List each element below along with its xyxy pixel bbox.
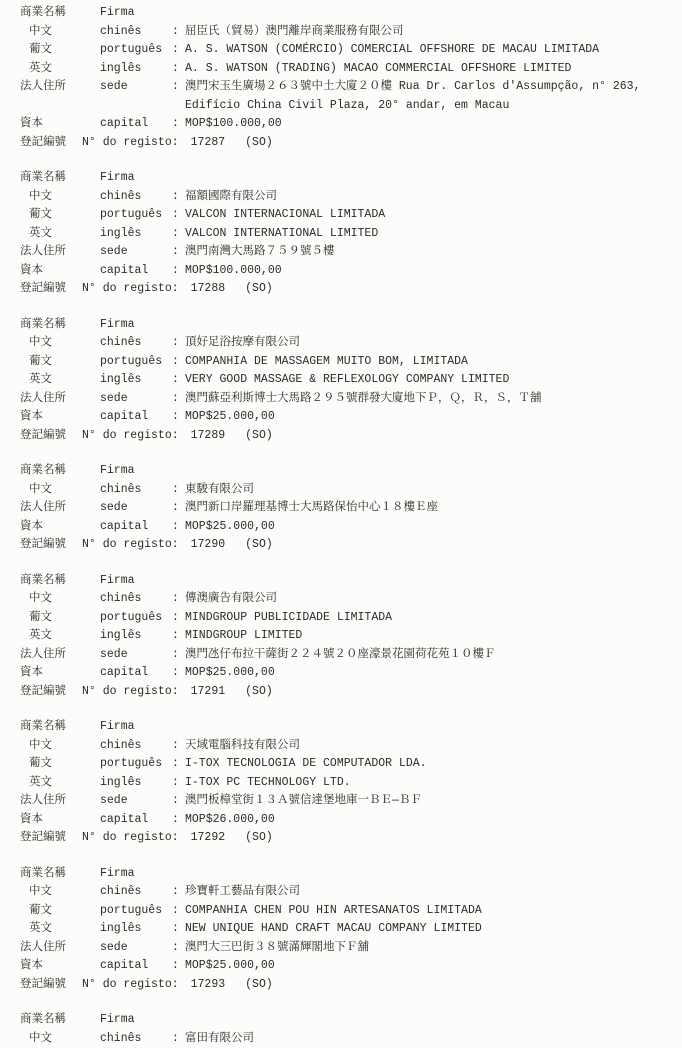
label-sede-pt: sede xyxy=(100,792,172,811)
colon: : xyxy=(172,883,185,902)
label-registo-zh: 登記編號 xyxy=(20,280,66,299)
company-portuguese-name: COMPANHIA DE MASSAGEM MUITO BOM, LIMITAD… xyxy=(185,353,676,372)
colon: : xyxy=(172,664,185,683)
label-sede-zh: 法人住所 xyxy=(20,939,100,958)
colon: : xyxy=(172,262,185,281)
registration-suffix: (SO) xyxy=(245,134,273,153)
label-sede-zh: 法人住所 xyxy=(20,390,100,409)
portuguese-name-row: 葡文 português : MINDGROUP PUBLICIDADE LIM… xyxy=(20,609,676,628)
chinese-name-row: 中文 chinês : 富田有限公司 xyxy=(20,1030,676,1048)
label-english-pt: inglês xyxy=(100,920,172,939)
address-row: 法人住所 sede : 澳門南灣大馬路７５９號５樓 xyxy=(20,243,676,262)
english-name-row: 英文 inglês : I-TOX PC TECHNOLOGY LTD. xyxy=(20,774,676,793)
label-capital-pt: capital xyxy=(100,811,172,830)
capital-value: MOP$100.000,00 xyxy=(185,262,676,281)
registration-number: 17291 xyxy=(191,683,226,702)
capital-value: MOP$25.000,00 xyxy=(185,518,676,537)
label-firma-pt: Firma xyxy=(100,718,172,737)
chinese-name-row: 中文 chinês : 傳澳廣告有限公司 xyxy=(20,590,676,609)
label-registo-zh: 登記編號 xyxy=(20,427,66,446)
company-english-name: I-TOX PC TECHNOLOGY LTD. xyxy=(185,774,676,793)
company-english-name: VALCON INTERNATIONAL LIMITED xyxy=(185,225,676,244)
company-address: 澳門宋玉生廣場２６３號中土大廈２０樓 Rua Dr. Carlos d'Assu… xyxy=(185,78,676,97)
label-capital-pt: capital xyxy=(100,262,172,281)
label-chinese-zh: 中文 xyxy=(20,737,100,756)
label-registo-zh: 登記編號 xyxy=(20,976,66,995)
label-firma-pt: Firma xyxy=(100,316,172,335)
capital-row: 資本 capital : MOP$25.000,00 xyxy=(20,957,676,976)
label-firma-pt: Firma xyxy=(100,572,172,591)
label-registo-pt: N° do registo: xyxy=(82,976,179,995)
label-sede-pt: sede xyxy=(100,243,172,262)
registration-suffix: (SO) xyxy=(245,536,273,555)
company-chinese-name: 頂好足浴按摩有限公司 xyxy=(185,334,676,353)
label-capital-zh: 資本 xyxy=(20,408,100,427)
label-firma-pt: Firma xyxy=(100,1011,172,1030)
label-portuguese-pt: português xyxy=(100,353,172,372)
label-chinese-pt: chinês xyxy=(100,883,172,902)
label-portuguese-zh: 葡文 xyxy=(20,206,100,225)
colon: : xyxy=(172,353,185,372)
company-portuguese-name: I-TOX TECNOLOGIA DE COMPUTADOR LDA. xyxy=(185,755,676,774)
label-english-pt: inglês xyxy=(100,60,172,79)
label-portuguese-pt: português xyxy=(100,206,172,225)
capital-value: MOP$25.000,00 xyxy=(185,664,676,683)
colon: : xyxy=(172,206,185,225)
label-portuguese-pt: português xyxy=(100,609,172,628)
colon: : xyxy=(172,957,185,976)
address-row: 法人住所 sede : 澳門大三巴街３８號滿輝閣地下Ｆ舖 xyxy=(20,939,676,958)
company-record: 商業名稱 Firma 中文 chinês : 珍寶軒工藝品有限公司 葡文 por… xyxy=(20,865,676,995)
label-firma-zh: 商業名稱 xyxy=(20,462,100,481)
label-sede-zh: 法人住所 xyxy=(20,78,100,97)
colon: : xyxy=(172,243,185,262)
label-capital-zh: 資本 xyxy=(20,811,100,830)
portuguese-name-row: 葡文 português : A. S. WATSON (COMÉRCIO) C… xyxy=(20,41,676,60)
label-firma-zh: 商業名稱 xyxy=(20,4,100,23)
label-registo-zh: 登記編號 xyxy=(20,683,66,702)
label-chinese-zh: 中文 xyxy=(20,1030,100,1048)
label-firma-zh: 商業名稱 xyxy=(20,1011,100,1030)
colon: : xyxy=(172,590,185,609)
registration-number: 17292 xyxy=(191,829,226,848)
label-portuguese-zh: 葡文 xyxy=(20,609,100,628)
label-capital-pt: capital xyxy=(100,957,172,976)
colon: : xyxy=(172,334,185,353)
capital-row: 資本 capital : MOP$100.000,00 xyxy=(20,115,676,134)
label-firma-pt: Firma xyxy=(100,462,172,481)
company-record: 商業名稱 Firma 中文 chinês : 頂好足浴按摩有限公司 葡文 por… xyxy=(20,316,676,446)
label-firma-zh: 商業名稱 xyxy=(20,718,100,737)
english-name-row: 英文 inglês : NEW UNIQUE HAND CRAFT MACAU … xyxy=(20,920,676,939)
label-registo-zh: 登記編號 xyxy=(20,829,66,848)
business-name-header-row: 商業名稱 Firma xyxy=(20,462,676,481)
company-portuguese-name: VALCON INTERNACIONAL LIMITADA xyxy=(185,206,676,225)
address-row: 法人住所 sede : 澳門板樟堂街１３Ａ號信達堡地庫一ＢＥ—ＢＦ xyxy=(20,792,676,811)
label-capital-pt: capital xyxy=(100,115,172,134)
colon: : xyxy=(172,811,185,830)
label-capital-pt: capital xyxy=(100,408,172,427)
address-row: 法人住所 sede : 澳門氹仔布拉干薩街２２４號２０座濠景花園荷花苑１０樓Ｆ xyxy=(20,646,676,665)
capital-value: MOP$100.000,00 xyxy=(185,115,676,134)
capital-value: MOP$25.000,00 xyxy=(185,957,676,976)
business-name-header-row: 商業名稱 Firma xyxy=(20,865,676,884)
colon: : xyxy=(172,1030,185,1048)
registration-suffix: (SO) xyxy=(245,280,273,299)
company-address-line2: Edifício China Civil Plaza, 20° andar, e… xyxy=(185,97,676,116)
business-name-header-row: 商業名稱 Firma xyxy=(20,572,676,591)
company-address: 澳門蘇亞利斯博士大馬路２９５號群發大廈地下Ｐ，Ｑ，Ｒ，Ｓ，Ｔ舖 xyxy=(185,390,676,409)
label-chinese-pt: chinês xyxy=(100,188,172,207)
label-portuguese-zh: 葡文 xyxy=(20,41,100,60)
capital-row: 資本 capital : MOP$100.000,00 xyxy=(20,262,676,281)
label-english-zh: 英文 xyxy=(20,371,100,390)
chinese-name-row: 中文 chinês : 天域電腦科技有限公司 xyxy=(20,737,676,756)
colon: : xyxy=(172,737,185,756)
label-registo-zh: 登記編號 xyxy=(20,134,66,153)
registration-number: 17289 xyxy=(191,427,226,446)
colon: : xyxy=(172,499,185,518)
label-portuguese-pt: português xyxy=(100,902,172,921)
business-name-header-row: 商業名稱 Firma xyxy=(20,169,676,188)
company-english-name: NEW UNIQUE HAND CRAFT MACAU COMPANY LIMI… xyxy=(185,920,676,939)
label-english-pt: inglês xyxy=(100,371,172,390)
label-english-zh: 英文 xyxy=(20,920,100,939)
registration-row: 登記編號 N° do registo: 17291 (SO) xyxy=(20,683,676,702)
label-firma-pt: Firma xyxy=(100,169,172,188)
colon: : xyxy=(172,774,185,793)
colon: : xyxy=(172,646,185,665)
registration-number: 17287 xyxy=(191,134,226,153)
label-sede-pt: sede xyxy=(100,939,172,958)
registration-row: 登記編號 N° do registo: 17290 (SO) xyxy=(20,536,676,555)
label-chinese-pt: chinês xyxy=(100,334,172,353)
colon: : xyxy=(172,390,185,409)
label-english-pt: inglês xyxy=(100,627,172,646)
label-portuguese-zh: 葡文 xyxy=(20,353,100,372)
address-row: 法人住所 sede : 澳門蘇亞利斯博士大馬路２９５號群發大廈地下Ｐ，Ｑ，Ｒ，Ｓ… xyxy=(20,390,676,409)
business-name-header-row: 商業名稱 Firma xyxy=(20,4,676,23)
label-registo-pt: N° do registo: xyxy=(82,683,179,702)
label-chinese-pt: chinês xyxy=(100,481,172,500)
colon: : xyxy=(172,225,185,244)
capital-row: 資本 capital : MOP$25.000,00 xyxy=(20,518,676,537)
english-name-row: 英文 inglês : A. S. WATSON (TRADING) MACAO… xyxy=(20,60,676,79)
registration-suffix: (SO) xyxy=(245,683,273,702)
company-portuguese-name: A. S. WATSON (COMÉRCIO) COMERCIAL OFFSHO… xyxy=(185,41,676,60)
company-record: 商業名稱 Firma 中文 chinês : 天域電腦科技有限公司 葡文 por… xyxy=(20,718,676,848)
label-chinese-pt: chinês xyxy=(100,1030,172,1048)
english-name-row: 英文 inglês : MINDGROUP LIMITED xyxy=(20,627,676,646)
label-english-zh: 英文 xyxy=(20,627,100,646)
company-record: 商業名稱 Firma 中文 chinês : 富田有限公司 xyxy=(20,1011,676,1048)
label-capital-zh: 資本 xyxy=(20,664,100,683)
capital-row: 資本 capital : MOP$25.000,00 xyxy=(20,408,676,427)
gazette-page: 商業名稱 Firma 中文 chinês : 屈臣氏（貿易）澳門離岸商業服務有限… xyxy=(20,4,676,1048)
colon: : xyxy=(172,627,185,646)
registration-number: 17288 xyxy=(191,280,226,299)
label-firma-zh: 商業名稱 xyxy=(20,572,100,591)
company-portuguese-name: MINDGROUP PUBLICIDADE LIMITADA xyxy=(185,609,676,628)
label-sede-pt: sede xyxy=(100,646,172,665)
company-english-name: A. S. WATSON (TRADING) MACAO COMMERCIAL … xyxy=(185,60,676,79)
company-chinese-name: 東駿有限公司 xyxy=(185,481,676,500)
label-sede-zh: 法人住所 xyxy=(20,499,100,518)
label-chinese-zh: 中文 xyxy=(20,23,100,42)
colon: : xyxy=(172,60,185,79)
company-portuguese-name: COMPANHIA CHEN POU HIN ARTESANATOS LIMIT… xyxy=(185,902,676,921)
company-address: 澳門南灣大馬路７５９號５樓 xyxy=(185,243,676,262)
label-english-zh: 英文 xyxy=(20,225,100,244)
company-chinese-name: 天域電腦科技有限公司 xyxy=(185,737,676,756)
colon: : xyxy=(172,371,185,390)
chinese-name-row: 中文 chinês : 珍寶軒工藝品有限公司 xyxy=(20,883,676,902)
label-chinese-pt: chinês xyxy=(100,590,172,609)
label-sede-pt: sede xyxy=(100,78,172,97)
company-chinese-name: 珍寶軒工藝品有限公司 xyxy=(185,883,676,902)
label-portuguese-pt: português xyxy=(100,41,172,60)
label-sede-zh: 法人住所 xyxy=(20,243,100,262)
capital-value: MOP$26.000,00 xyxy=(185,811,676,830)
capital-value: MOP$25.000,00 xyxy=(185,408,676,427)
label-capital-zh: 資本 xyxy=(20,957,100,976)
company-english-name: MINDGROUP LIMITED xyxy=(185,627,676,646)
label-portuguese-zh: 葡文 xyxy=(20,755,100,774)
chinese-name-row: 中文 chinês : 頂好足浴按摩有限公司 xyxy=(20,334,676,353)
company-record: 商業名稱 Firma 中文 chinês : 傳澳廣告有限公司 葡文 portu… xyxy=(20,572,676,702)
portuguese-name-row: 葡文 português : COMPANHIA DE MASSAGEM MUI… xyxy=(20,353,676,372)
company-chinese-name: 屈臣氏（貿易）澳門離岸商業服務有限公司 xyxy=(185,23,676,42)
label-chinese-zh: 中文 xyxy=(20,883,100,902)
company-record: 商業名稱 Firma 中文 chinês : 東駿有限公司 法人住所 sede … xyxy=(20,462,676,555)
company-address: 澳門氹仔布拉干薩街２２４號２０座濠景花園荷花苑１０樓Ｆ xyxy=(185,646,676,665)
label-sede-zh: 法人住所 xyxy=(20,646,100,665)
company-record: 商業名稱 Firma 中文 chinês : 屈臣氏（貿易）澳門離岸商業服務有限… xyxy=(20,4,676,152)
colon: : xyxy=(172,902,185,921)
colon: : xyxy=(172,792,185,811)
address-row: 法人住所 sede : 澳門新口岸羅理基博士大馬路保怡中心１８樓Ｅ座 xyxy=(20,499,676,518)
label-sede-zh: 法人住所 xyxy=(20,792,100,811)
label-english-pt: inglês xyxy=(100,774,172,793)
address-continuation-row: Edifício China Civil Plaza, 20° andar, e… xyxy=(20,97,676,116)
label-chinese-zh: 中文 xyxy=(20,481,100,500)
label-firma-zh: 商業名稱 xyxy=(20,169,100,188)
label-english-pt: inglês xyxy=(100,225,172,244)
label-capital-zh: 資本 xyxy=(20,115,100,134)
company-chinese-name: 福額國際有限公司 xyxy=(185,188,676,207)
colon: : xyxy=(172,78,185,97)
colon: : xyxy=(172,188,185,207)
registration-suffix: (SO) xyxy=(245,427,273,446)
label-registo-pt: N° do registo: xyxy=(82,427,179,446)
company-address: 澳門新口岸羅理基博士大馬路保怡中心１８樓Ｅ座 xyxy=(185,499,676,518)
colon: : xyxy=(172,518,185,537)
business-name-header-row: 商業名稱 Firma xyxy=(20,1011,676,1030)
registration-number: 17293 xyxy=(191,976,226,995)
registration-row: 登記編號 N° do registo: 17287 (SO) xyxy=(20,134,676,153)
registration-row: 登記編號 N° do registo: 17289 (SO) xyxy=(20,427,676,446)
colon: : xyxy=(172,939,185,958)
label-registo-pt: N° do registo: xyxy=(82,280,179,299)
registration-suffix: (SO) xyxy=(245,829,273,848)
label-firma-zh: 商業名稱 xyxy=(20,316,100,335)
label-english-zh: 英文 xyxy=(20,774,100,793)
capital-row: 資本 capital : MOP$25.000,00 xyxy=(20,664,676,683)
english-name-row: 英文 inglês : VALCON INTERNATIONAL LIMITED xyxy=(20,225,676,244)
portuguese-name-row: 葡文 português : I-TOX TECNOLOGIA DE COMPU… xyxy=(20,755,676,774)
label-portuguese-pt: português xyxy=(100,755,172,774)
label-registo-zh: 登記編號 xyxy=(20,536,66,555)
label-sede-pt: sede xyxy=(100,499,172,518)
english-name-row: 英文 inglês : VERY GOOD MASSAGE & REFLEXOL… xyxy=(20,371,676,390)
company-record: 商業名稱 Firma 中文 chinês : 福額國際有限公司 葡文 portu… xyxy=(20,169,676,299)
label-registo-pt: N° do registo: xyxy=(82,536,179,555)
company-address: 澳門大三巴街３８號滿輝閣地下Ｆ舖 xyxy=(185,939,676,958)
colon: : xyxy=(172,408,185,427)
label-capital-pt: capital xyxy=(100,664,172,683)
chinese-name-row: 中文 chinês : 東駿有限公司 xyxy=(20,481,676,500)
business-name-header-row: 商業名稱 Firma xyxy=(20,718,676,737)
colon: : xyxy=(172,481,185,500)
label-registo-pt: N° do registo: xyxy=(82,829,179,848)
capital-row: 資本 capital : MOP$26.000,00 xyxy=(20,811,676,830)
registration-row: 登記編號 N° do registo: 17288 (SO) xyxy=(20,280,676,299)
label-chinese-pt: chinês xyxy=(100,23,172,42)
colon: : xyxy=(172,41,185,60)
registration-row: 登記編號 N° do registo: 17293 (SO) xyxy=(20,976,676,995)
portuguese-name-row: 葡文 português : VALCON INTERNACIONAL LIMI… xyxy=(20,206,676,225)
label-portuguese-zh: 葡文 xyxy=(20,902,100,921)
label-chinese-zh: 中文 xyxy=(20,188,100,207)
label-registo-pt: N° do registo: xyxy=(82,134,179,153)
label-firma-zh: 商業名稱 xyxy=(20,865,100,884)
colon: : xyxy=(172,920,185,939)
colon: : xyxy=(172,609,185,628)
company-address: 澳門板樟堂街１３Ａ號信達堡地庫一ＢＥ—ＢＦ xyxy=(185,792,676,811)
address-row: 法人住所 sede : 澳門宋玉生廣場２６３號中土大廈２０樓 Rua Dr. C… xyxy=(20,78,676,97)
business-name-header-row: 商業名稱 Firma xyxy=(20,316,676,335)
label-chinese-zh: 中文 xyxy=(20,334,100,353)
label-capital-zh: 資本 xyxy=(20,262,100,281)
colon: : xyxy=(172,115,185,134)
company-chinese-name: 傳澳廣告有限公司 xyxy=(185,590,676,609)
chinese-name-row: 中文 chinês : 屈臣氏（貿易）澳門離岸商業服務有限公司 xyxy=(20,23,676,42)
colon: : xyxy=(172,755,185,774)
chinese-name-row: 中文 chinês : 福額國際有限公司 xyxy=(20,188,676,207)
company-english-name: VERY GOOD MASSAGE & REFLEXOLOGY COMPANY … xyxy=(185,371,676,390)
label-capital-zh: 資本 xyxy=(20,518,100,537)
label-chinese-zh: 中文 xyxy=(20,590,100,609)
label-firma-pt: Firma xyxy=(100,865,172,884)
company-chinese-name: 富田有限公司 xyxy=(185,1030,676,1048)
label-english-zh: 英文 xyxy=(20,60,100,79)
registration-suffix: (SO) xyxy=(245,976,273,995)
label-capital-pt: capital xyxy=(100,518,172,537)
label-sede-pt: sede xyxy=(100,390,172,409)
registration-row: 登記編號 N° do registo: 17292 (SO) xyxy=(20,829,676,848)
portuguese-name-row: 葡文 português : COMPANHIA CHEN POU HIN AR… xyxy=(20,902,676,921)
label-chinese-pt: chinês xyxy=(100,737,172,756)
registration-number: 17290 xyxy=(191,536,226,555)
label-firma-pt: Firma xyxy=(100,4,172,23)
colon: : xyxy=(172,23,185,42)
